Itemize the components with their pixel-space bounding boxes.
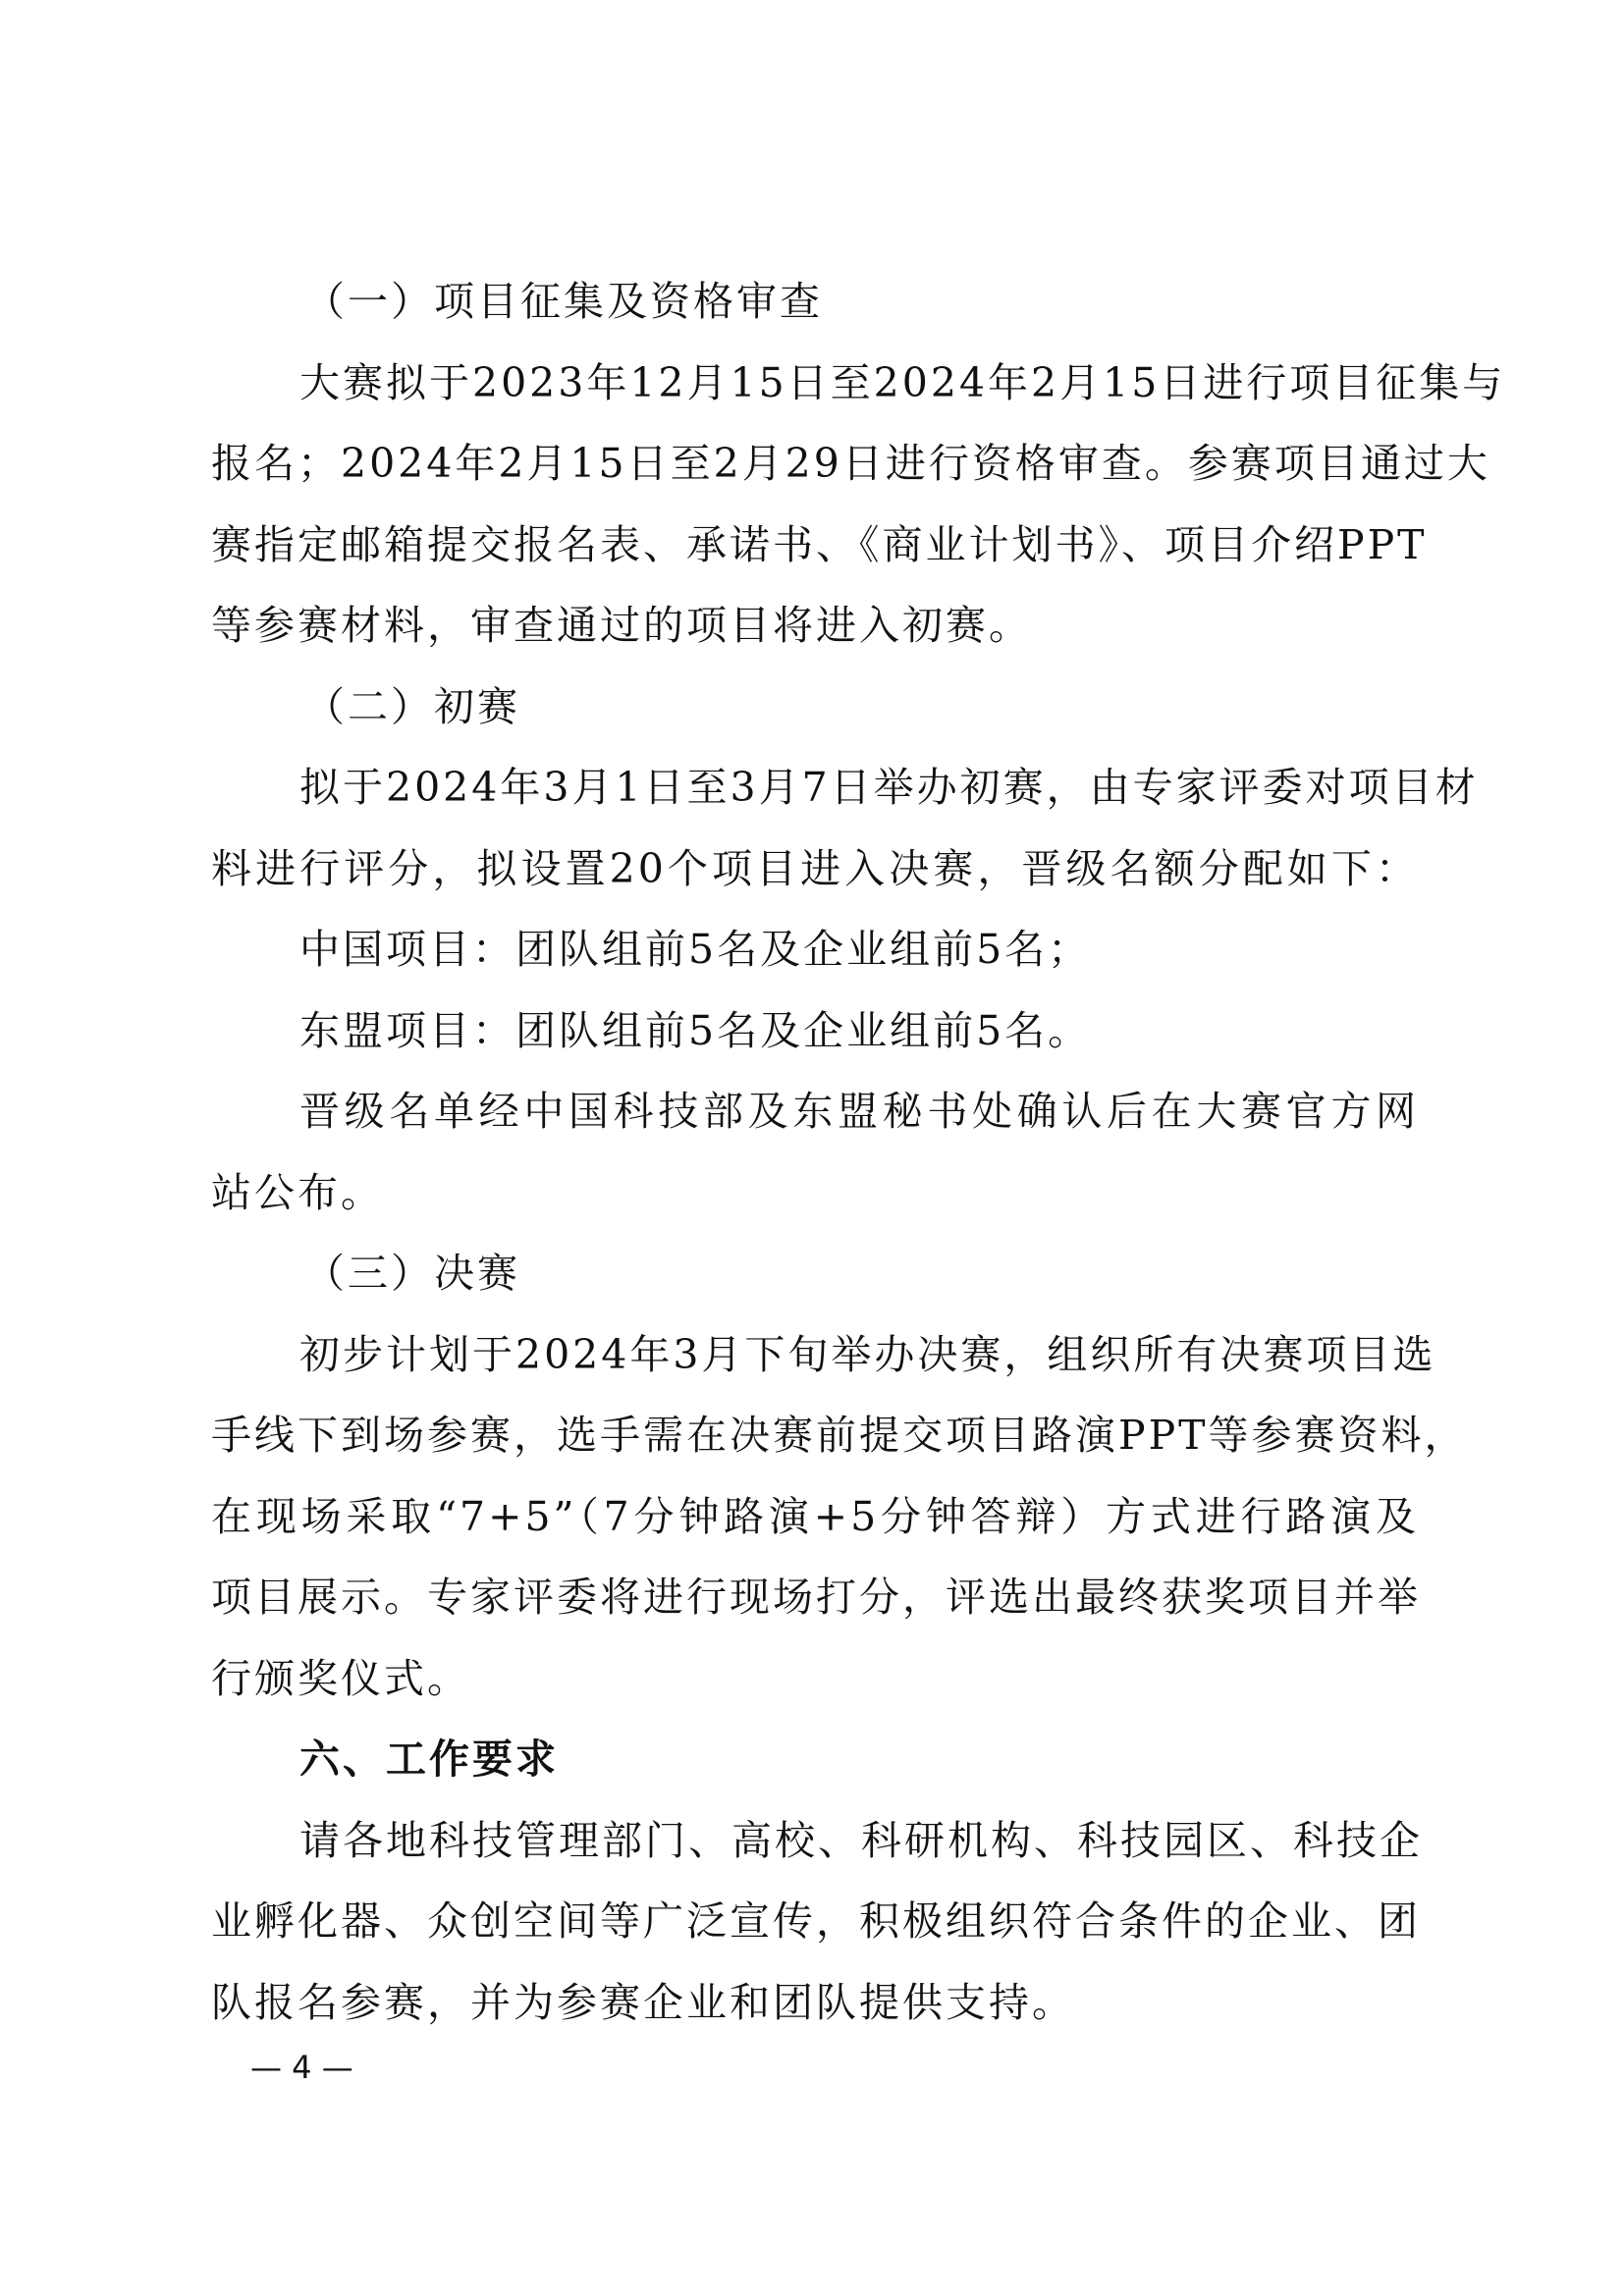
paragraph-line: 业孵化器、众创空间等广泛宣传，积极组织符合条件的企业、团 [211,1892,1419,1950]
quota-china: 中国项目：团队组前5名及企业组前5名； [299,920,1419,979]
paragraph-line: 晋级名单经中国科技部及东盟秘书处确认后在大赛官方网 [299,1082,1419,1141]
paragraph-line: 请各地科技管理部门、高校、科研机构、科技园区、科技企 [299,1811,1419,1870]
paragraph-line: 项目展示。专家评委将进行现场打分，评选出最终获奖项目并举 [211,1568,1419,1627]
paragraph-line: 队报名参赛，并为参赛企业和团队提供支持。 [211,1973,1419,2032]
subsection-heading-preliminary: （二）初赛 [304,677,520,736]
paragraph-line: 行颁奖仪式。 [211,1649,1419,1708]
quota-asean: 东盟项目：团队组前5名及企业组前5名。 [299,1001,1419,1060]
section-heading-work-requirements: 六、工作要求 [299,1730,559,1789]
paragraph-line: 报名；2024年2月15日至2月29日进行资格审查。参赛项目通过大 [211,434,1419,493]
paragraph-line: 站公布。 [211,1163,1419,1222]
paragraph-line: 手线下到场参赛，选手需在决赛前提交项目路演PPT等参赛资料， [211,1406,1419,1465]
subsection-heading-collection: （一）项目征集及资格审查 [304,272,823,331]
paragraph-line: 在现场采取“7+5”（7分钟路演+5分钟答辩）方式进行路演及 [211,1487,1419,1546]
paragraph-line: 料进行评分，拟设置20个项目进入决赛，晋级名额分配如下： [211,839,1419,898]
page-number: — 4 — [250,2048,353,2087]
paragraph-line: 赛指定邮箱提交报名表、承诺书、《商业计划书》、项目介绍PPT [211,515,1419,574]
paragraph-line: 等参赛材料，审查通过的项目将进入初赛。 [211,596,1419,655]
paragraph-line: 大赛拟于2023年12月15日至2024年2月15日进行项目征集与 [299,353,1419,412]
document-page: （一）项目征集及资格审查 大赛拟于2023年12月15日至2024年2月15日进… [0,0,1624,2296]
subsection-heading-final: （三）决赛 [304,1244,520,1303]
paragraph-line: 拟于2024年3月1日至3月7日举办初赛，由专家评委对项目材 [299,758,1419,817]
paragraph-line: 初步计划于2024年3月下旬举办决赛，组织所有决赛项目选 [299,1325,1419,1384]
